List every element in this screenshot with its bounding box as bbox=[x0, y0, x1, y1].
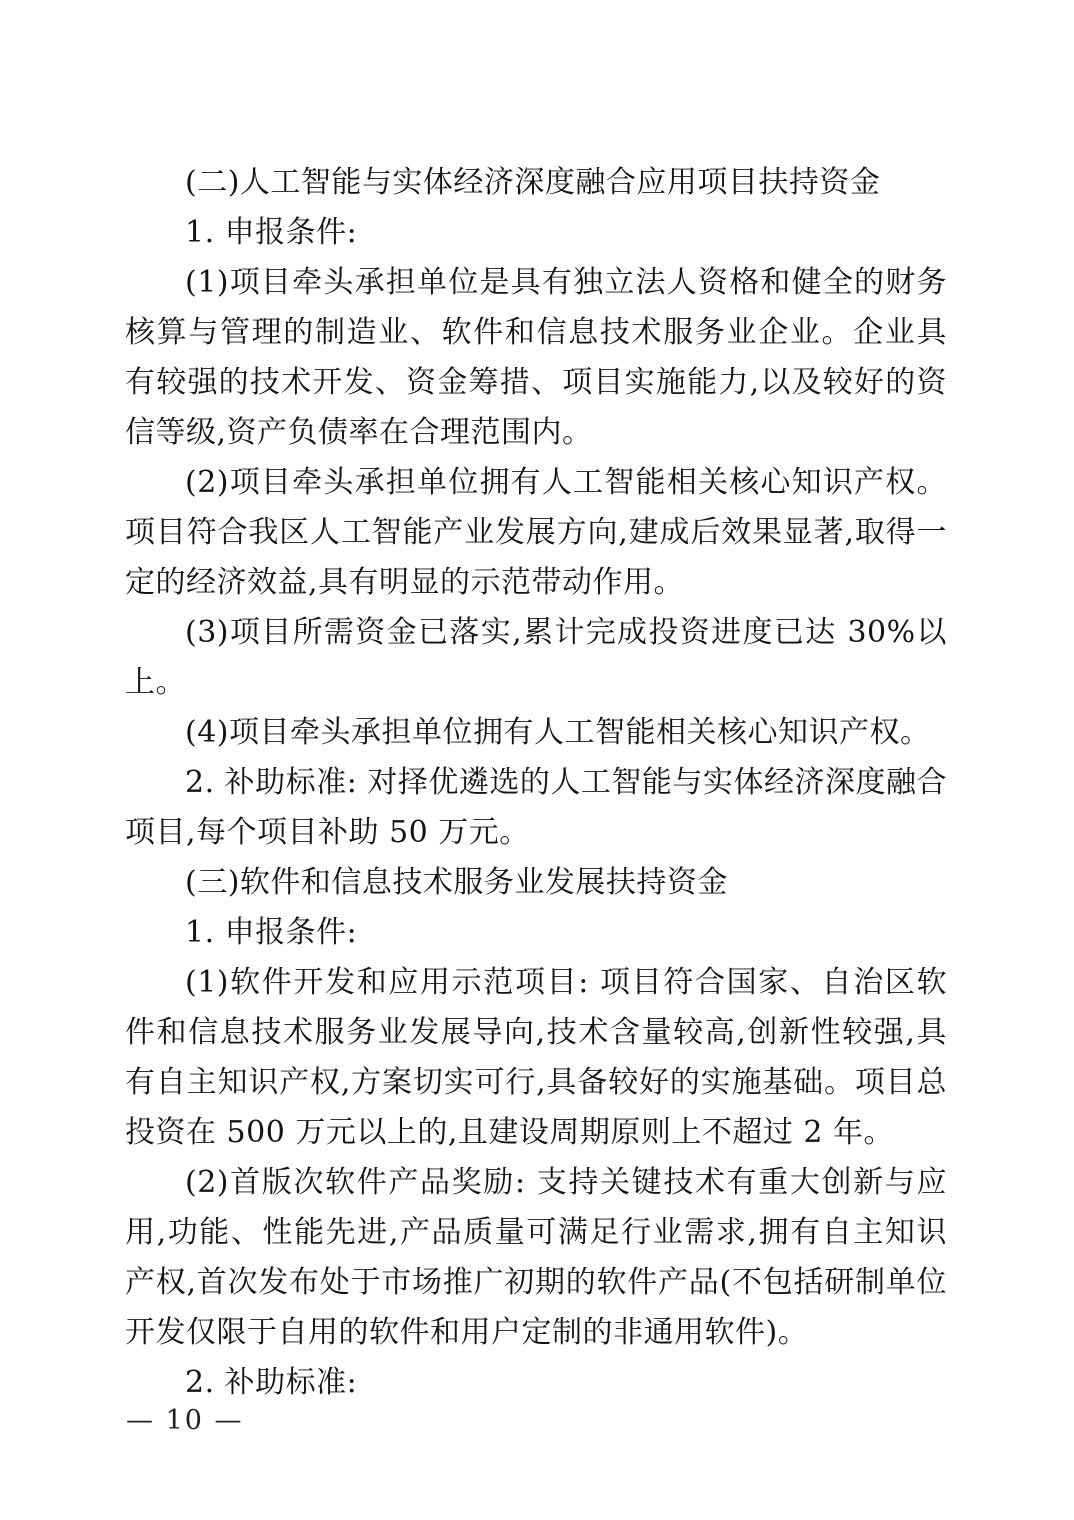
section-3-title: (三)软件和信息技术服务业发展扶持资金 bbox=[125, 858, 947, 908]
document-page: (二)人工智能与实体经济深度融合应用项目扶持资金 1. 申报条件: (1)项目牵… bbox=[0, 0, 1074, 1520]
section-2-subsidy-standard: 2. 补助标准: 对择优遴选的人工智能与实体经济深度融合项目,每个项目补助 50… bbox=[125, 758, 947, 858]
section-2-condition-4: (4)项目牵头承担单位拥有人工智能相关核心知识产权。 bbox=[125, 708, 947, 758]
section-2-title: (二)人工智能与实体经济深度融合应用项目扶持资金 bbox=[125, 158, 947, 208]
section-2-condition-2: (2)项目牵头承担单位拥有人工智能相关核心知识产权。项目符合我区人工智能产业发展… bbox=[125, 458, 947, 608]
footer-page-number: — 10 — bbox=[126, 1405, 244, 1436]
section-3-condition-1: (1)软件开发和应用示范项目: 项目符合国家、自治区软件和信息技术服务业发展导向… bbox=[125, 958, 947, 1158]
document-body: (二)人工智能与实体经济深度融合应用项目扶持资金 1. 申报条件: (1)项目牵… bbox=[125, 158, 947, 1408]
section-3-subsidy-heading: 2. 补助标准: bbox=[125, 1358, 947, 1408]
section-3-condition-2: (2)首版次软件产品奖励: 支持关键技术有重大创新与应用,功能、性能先进,产品质… bbox=[125, 1158, 947, 1358]
section-2-condition-1: (1)项目牵头承担单位是具有独立法人资格和健全的财务核算与管理的制造业、软件和信… bbox=[125, 258, 947, 458]
section-3-conditions-heading: 1. 申报条件: bbox=[125, 908, 947, 958]
section-2-conditions-heading: 1. 申报条件: bbox=[125, 208, 947, 258]
section-2-condition-3: (3)项目所需资金已落实,累计完成投资进度已达 30%以上。 bbox=[125, 608, 947, 708]
